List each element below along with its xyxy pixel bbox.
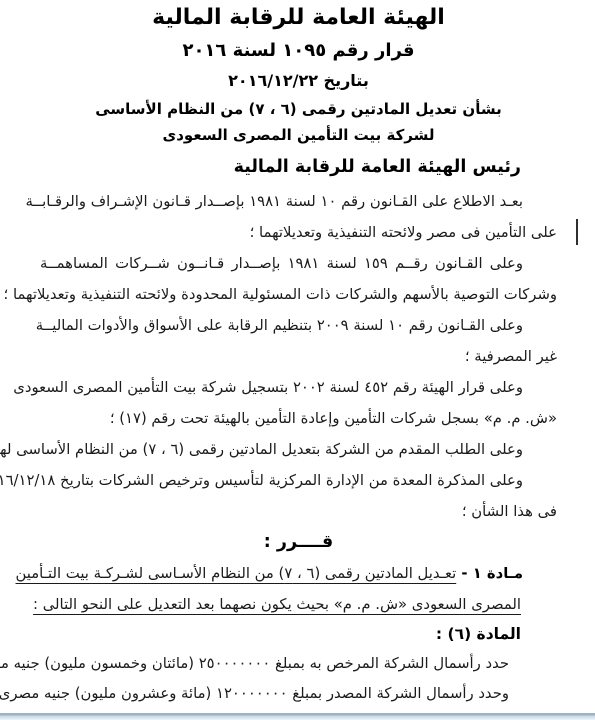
preamble-line: وعلى القـانون رقــم ١٥٩ لسنة ١٩٨١ بإصــد… [40,248,557,279]
preamble-line: فى هذا الشأن ؛ [40,496,557,527]
decree-date: بتاريخ ٢٠١٦/١٢/٢٢ [40,67,557,94]
decree-number: قرار رقم ١٠٩٥ لسنة ٢٠١٦ [40,37,557,65]
subject-line-1: بشأن تعديل المادتين رقمى (٦ ، ٧) من النظ… [40,96,557,122]
issuer-heading: رئيس الهيئة العامة للرقابة المالية [40,152,557,182]
decree-document-page: الهيئة العامة للرقابة المالية قرار رقم ١… [0,0,595,720]
subject-line-2: لشركة بيت التأمين المصرى السعودى [40,122,557,148]
preamble-line: وشركات التوصية بالأسهم والشركات ذات المس… [40,279,557,310]
text-cursor-artifact [576,219,578,245]
issued-capital-clause: وحدد رأسمال الشركة المصدر بمبلغ ١٢٠٠٠٠٠٠… [40,679,557,709]
preamble-line: وعلى القـانون رقم ١٠ لسنة ٢٠٠٩ بتنظيم ال… [40,310,557,341]
decree-word: قــــرر : [40,527,557,558]
preamble-line: على التأمين فى مصر ولائحته التنفيذية وتع… [40,217,557,248]
preamble-line: «ش. م. م» بسجل شركات التأمين وإعادة التأ… [40,403,557,434]
document-content: الهيئة العامة للرقابة المالية قرار رقم ١… [0,0,595,709]
article-6-heading: المادة (٦) : [40,620,557,649]
preamble-line: غير المصرفية ؛ [40,341,557,372]
preamble-line: وعلى المذكرة المعدة من الإدارة المركزية … [40,465,557,496]
article-1-text: تعـديل المادتين رقمى (٦ ، ٧) من النظام ا… [16,565,457,582]
preamble-line: بعـد الاطلاع على القـانون رقم ١٠ لسنة ١٩… [40,186,557,217]
window-bottom-edge [0,713,595,720]
authorized-capital-clause: حدد رأسمال الشركة المرخص به بمبلغ ٢٥٠٠٠٠… [40,649,557,679]
preamble-line: وعلى قرار الهيئة رقم ٤٥٢ لسنة ٢٠٠٢ بتسجي… [40,372,557,403]
preamble-line: وعلى الطلب المقدم من الشركة بتعديل الماد… [40,434,557,465]
article-1: مـادة ١ - تعـديل المادتين رقمى (٦ ، ٧) م… [40,558,557,620]
article-1-line-2: المصرى السعودى «ش. م. م» بحيث يكون نصهما… [40,589,557,620]
article-1-label: مـادة ١ - [456,565,523,582]
authority-title: الهيئة العامة للرقابة المالية [40,3,557,33]
article-1-line-1: مـادة ١ - تعـديل المادتين رقمى (٦ ، ٧) م… [40,558,557,589]
preamble: بعـد الاطلاع على القـانون رقم ١٠ لسنة ١٩… [40,186,557,527]
